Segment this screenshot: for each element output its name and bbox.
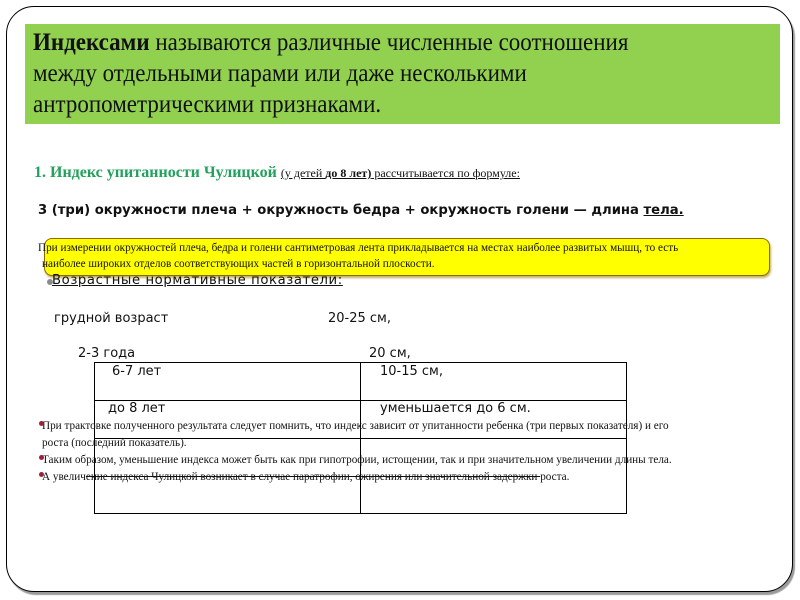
list-item-text: Таким образом, уменьшение индекса может … xyxy=(42,452,800,469)
measurement-note: При измерении окружностей плеча, бедра и… xyxy=(38,240,798,272)
table-cell-value: 10-15 см, xyxy=(380,364,443,379)
list-item-text: При трактовке полученного результата сле… xyxy=(42,418,800,435)
section-subtitle: (у детей до 8 лет) рассчитывается по фор… xyxy=(281,166,520,180)
subtitle-age: до 8 лет) xyxy=(325,166,371,180)
subtitle-prefix: (у детей xyxy=(281,166,325,180)
bullet-icon xyxy=(39,455,44,460)
title-line3: антропометрическими признаками. xyxy=(33,91,381,118)
note-line1: При измерении окружностей плеча, бедра и… xyxy=(38,240,798,256)
norm-age: 2-3 года xyxy=(78,346,135,361)
table-cell-age: до 8 лет xyxy=(108,401,165,416)
list-item-text: А увеличение индекса Чулицкой возникает … xyxy=(42,469,800,486)
note-line2: наиболее широких отделов соответствующих… xyxy=(38,256,798,272)
formula-end: тела. xyxy=(644,203,684,218)
title-box: Индексами называются различные численные… xyxy=(25,24,780,124)
list-item: Таким образом, уменьшение индекса может … xyxy=(42,452,800,469)
bullet-icon xyxy=(39,472,44,477)
bullet-icon xyxy=(39,421,44,426)
table-cell-value: уменьшается до 6 см. xyxy=(380,401,531,416)
table-divider xyxy=(95,400,626,401)
norm-value: 20-25 см, xyxy=(328,311,391,326)
title-bold-term: Индексами xyxy=(33,29,150,56)
norm-age: грудной возраст xyxy=(54,311,168,326)
subtitle-suffix: рассчитывается по формуле: xyxy=(371,166,520,180)
slide-title: Индексами называются различные численные… xyxy=(33,27,760,120)
formula: 3 (три) окружности плеча + окружность бе… xyxy=(38,203,684,218)
interpretation-list: При трактовке полученного результата сле… xyxy=(42,418,800,486)
formula-text: 3 (три) окружности плеча + окружность бе… xyxy=(38,203,644,218)
title-line2: между отдельными парами или даже несколь… xyxy=(33,60,527,87)
list-item: А увеличение индекса Чулицкой возникает … xyxy=(42,469,800,486)
index-name: 1. Индекс упитанности Чулицкой xyxy=(34,164,277,181)
text-plain: А увелич xyxy=(42,471,86,483)
list-item-text: роста (последний показатель). xyxy=(42,435,800,452)
norm-value: 20 см, xyxy=(369,346,411,361)
text-struck: ение индекса Чулицкой возникает в случае… xyxy=(86,471,540,483)
section-heading: 1. Индекс упитанности Чулицкой (у детей … xyxy=(34,164,520,182)
list-item: При трактовке полученного результата сле… xyxy=(42,418,800,452)
table-cell-age: 6-7 лет xyxy=(112,364,161,379)
norms-heading: Возрастные нормативные показатели: xyxy=(52,273,343,288)
title-line1: называются различные численные соотношен… xyxy=(150,29,629,56)
text-end: роста. xyxy=(540,471,569,483)
